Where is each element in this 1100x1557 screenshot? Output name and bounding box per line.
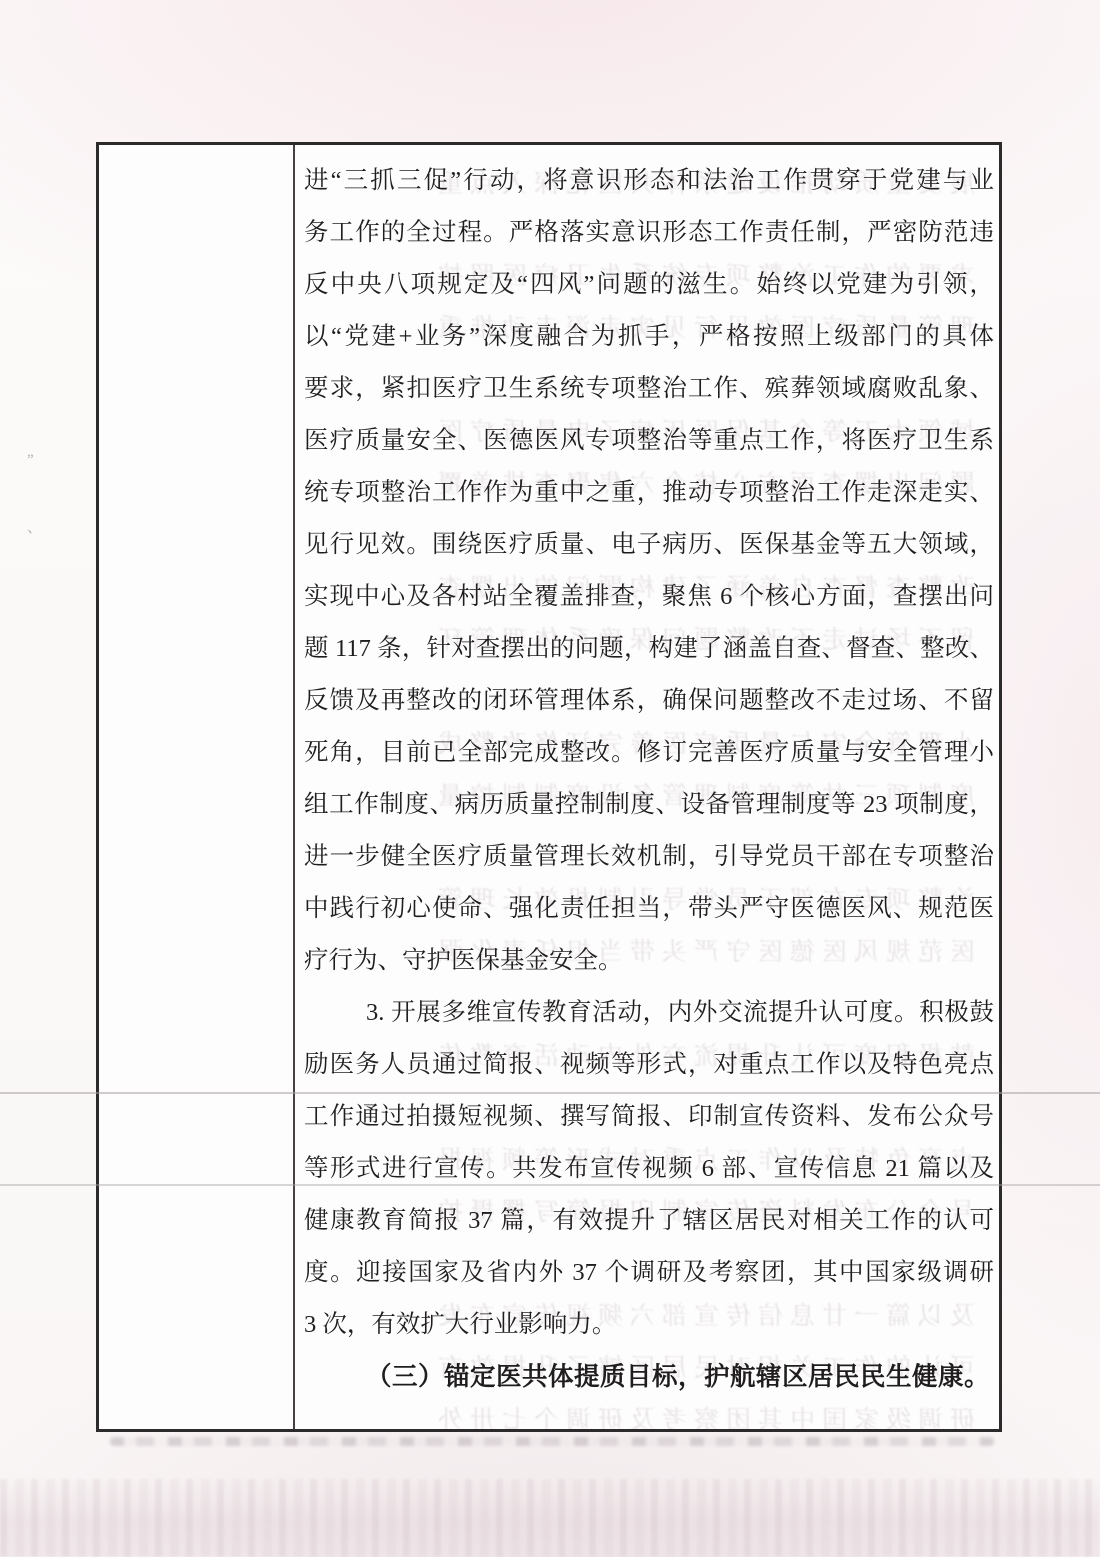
text-line: 度。迎接国家及省内外 37 个调研及考察团，其中国家级调研 — [304, 1247, 994, 1299]
text-line: 等形式进行宣传。共发布宣传视频 6 部、宣传信息 21 篇以及 — [304, 1143, 994, 1195]
text-line: 实现中心及各村站全覆盖排查，聚焦 6 个核心方面，查摆出问 — [304, 571, 994, 623]
text-line: 3. 开展多维宣传教育活动，内外交流提升认可度。积极鼓 — [304, 987, 994, 1039]
table-frame: 展发量质动推设建系体共医化深入点重求要的作工治整项专统系生卫疗医照按理管量质疗医… — [96, 142, 1002, 1432]
text-line: 医疗质量安全、医德医风专项整治等重点工作，将医疗卫生系 — [304, 415, 994, 467]
table-column-divider — [293, 145, 295, 1429]
scan-fold-line — [0, 1092, 1100, 1094]
bleedthrough-text: 研调级家国中其团察考及研调个七卅外 — [115, 1401, 975, 1429]
bleedthrough-smudge — [110, 1437, 994, 1446]
scan-edge-band — [0, 1479, 1100, 1557]
text-line: 题 117 条，针对查摆出的问题，构建了涵盖自查、督查、整改、 — [304, 623, 994, 675]
text-line: 要求，紧扣医疗卫生系统专项整治工作、殡葬领域腐败乱象、 — [304, 363, 994, 415]
section-heading-line: （三）锚定医共体提质目标，护航辖区居民民生健康。 — [304, 1351, 994, 1403]
text-line: 3 次，有效扩大行业影响力。 — [304, 1299, 994, 1351]
text-line: 务工作的全过程。严格落实意识形态工作责任制，严密防范违 — [304, 207, 994, 259]
text-line: 见行见效。围绕医疗质量、电子病历、医保基金等五大领域， — [304, 519, 994, 571]
text-column: 进“三抓三促”行动，将意识形态和法治工作贯穿于党建与业务工作的全过程。严格落实意… — [304, 155, 994, 1403]
text-line: 反中央八项规定及“四风”问题的滋生。始终以党建为引领， — [304, 259, 994, 311]
text-line: 反馈及再整改的闭环管理体系，确保问题整改不走过场、不留 — [304, 675, 994, 727]
text-line: 死角，目前已全部完成整改。修订完善医疗质量与安全管理小 — [304, 727, 994, 779]
text-line: 励医务人员通过简报、视频等形式，对重点工作以及特色亮点 — [304, 1039, 994, 1091]
text-line: 进一步健全医疗质量管理长效机制，引导党员干部在专项整治 — [304, 831, 994, 883]
margin-speck: ” — [27, 452, 34, 469]
text-line: 组工作制度、病历质量控制制度、设备管理制度等 23 项制度， — [304, 779, 994, 831]
text-line: 疗行为、守护医保基金安全。 — [304, 935, 994, 987]
scan-fold-line — [0, 1184, 1100, 1186]
scanned-page: 展发量质动推设建系体共医化深入点重求要的作工治整项专统系生卫疗医照按理管量质疗医… — [0, 0, 1100, 1557]
text-line: 进“三抓三促”行动，将意识形态和法治工作贯穿于党建与业 — [304, 155, 994, 207]
text-line: 健康教育简报 37 篇，有效提升了辖区居民对相关工作的认可 — [304, 1195, 994, 1247]
text-line: 统专项整治工作作为重中之重，推动专项整治工作走深走实、 — [304, 467, 994, 519]
text-line: 以“党建+业务”深度融合为抓手，严格按照上级部门的具体 — [304, 311, 994, 363]
text-line: 工作通过拍摄短视频、撰写简报、印制宣传资料、发布公众号 — [304, 1091, 994, 1143]
text-line: 中践行初心使命、强化责任担当，带头严守医德医风、规范医 — [304, 883, 994, 935]
margin-speck: 、 — [27, 516, 42, 537]
